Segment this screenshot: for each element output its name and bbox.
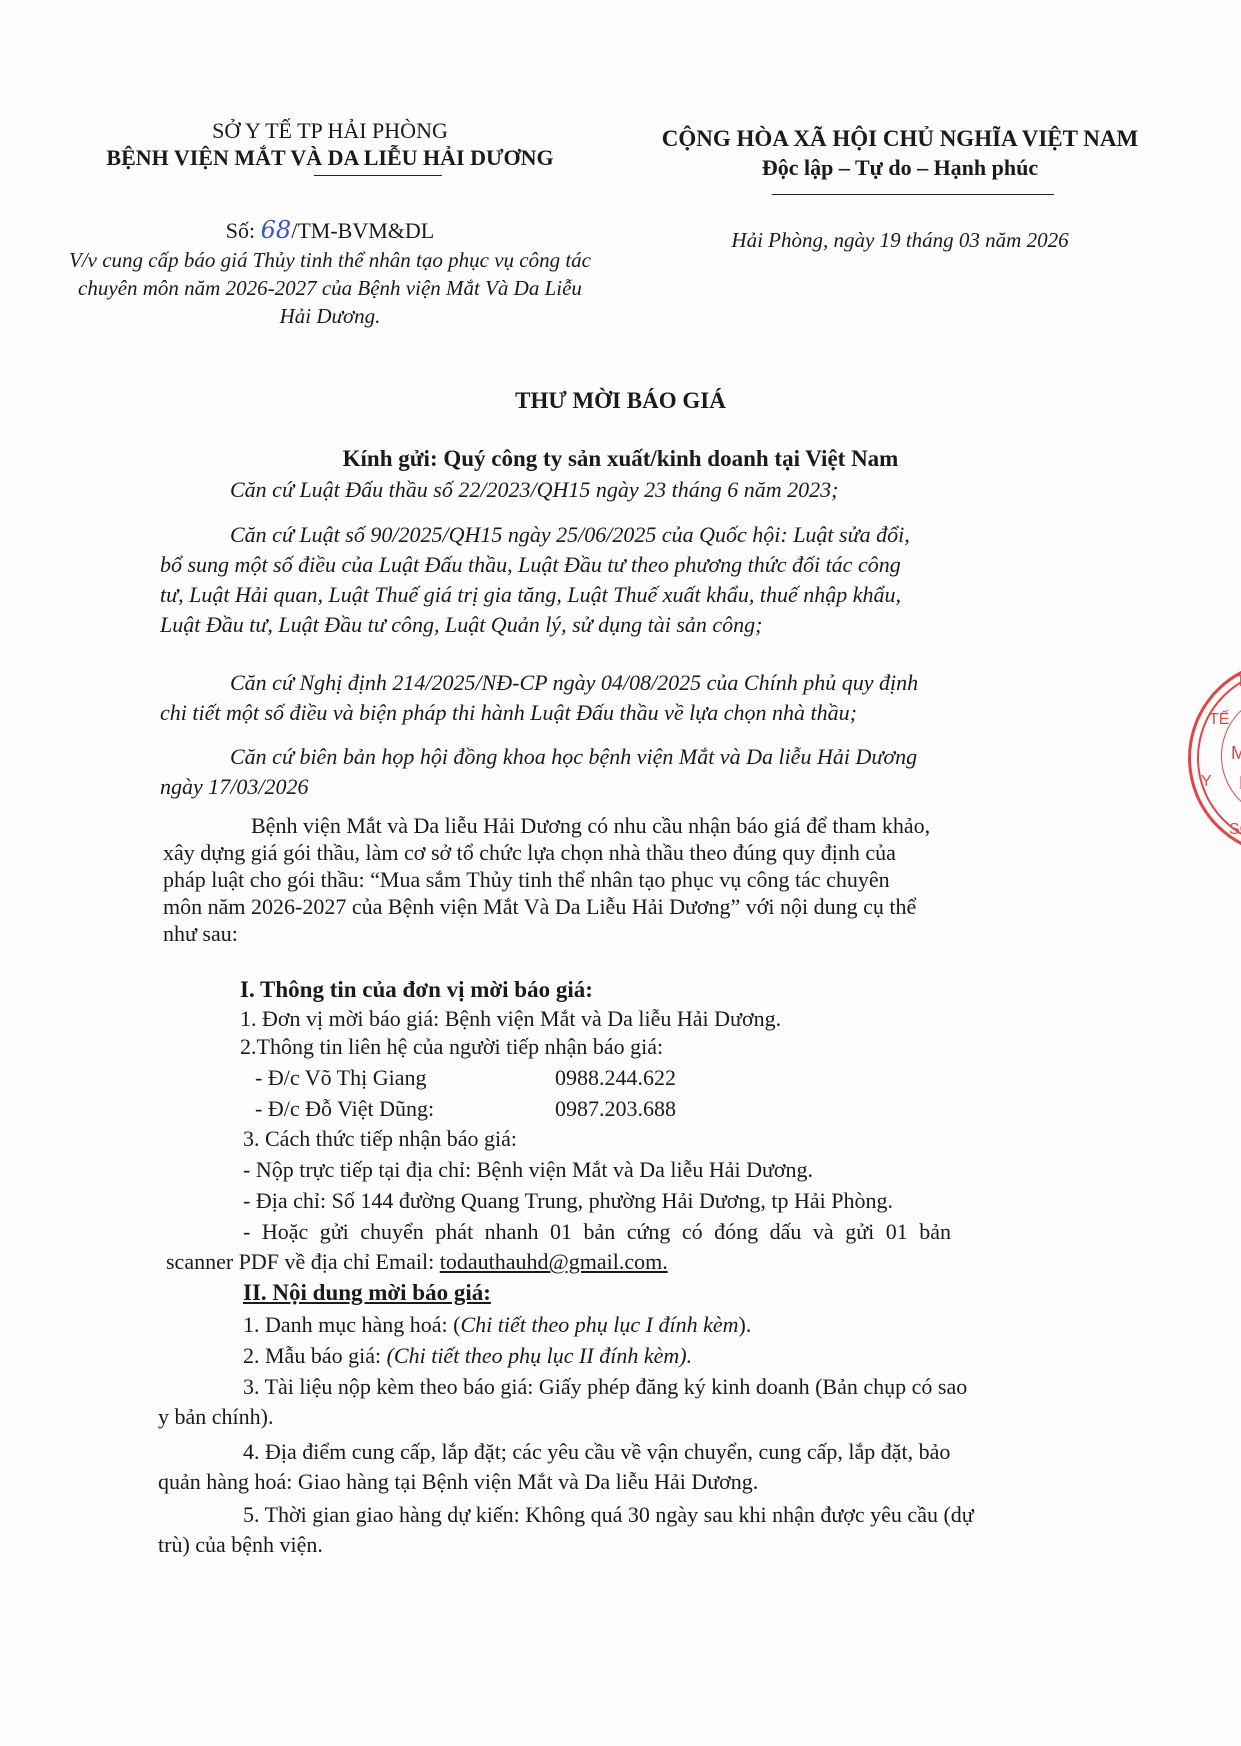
country-name: CỘNG HÒA XÃ HỘI CHỦ NGHĨA VIỆT NAM xyxy=(620,124,1180,154)
legal-basis-line: Luật Đầu tư, Luật Đầu tư công, Luật Quản… xyxy=(160,610,1100,640)
place-date: Hải Phòng, ngày 19 tháng 03 năm 2026 xyxy=(620,228,1180,253)
email-link[interactable]: todauthauhd@gmail.com. xyxy=(440,1249,668,1274)
item-line: trù) của bệnh viện. xyxy=(158,1530,1098,1560)
item-text: ). xyxy=(739,1312,752,1337)
handwritten-number: 68 xyxy=(261,216,292,244)
email-label: scanner PDF về địa chỉ Email: xyxy=(166,1249,440,1274)
legal-basis-line: chi tiết một số điều và biện pháp thi hà… xyxy=(160,698,1100,728)
section-1-item-3a: - Nộp trực tiếp tại địa chỉ: Bệnh viện M… xyxy=(243,1155,813,1185)
hospital-name: BỆNH VIỆN MẮT VÀ DA LIỄU HẢI DƯƠNG xyxy=(60,144,600,172)
contact-name: - Đ/c Võ Thị Giang xyxy=(255,1065,427,1090)
item-line: 3. Tài liệu nộp kèm theo báo giá: Giấy p… xyxy=(158,1372,1098,1402)
document-number: Số: 68/TM-BVM&DL xyxy=(60,216,600,244)
intro-line: môn năm 2026-2027 của Bệnh viện Mắt Và D… xyxy=(163,893,1103,920)
seal-text: THÀ xyxy=(1236,673,1241,691)
legal-basis-line: Căn cứ biên bản họp hội đồng khoa học bệ… xyxy=(160,742,1100,772)
contact-phone: 0987.203.688 xyxy=(555,1094,676,1124)
item-line: quản hàng hoá: Giao hàng tại Bệnh viện M… xyxy=(158,1467,1098,1497)
legal-basis-1: Căn cứ Luật Đấu thầu số 22/2023/QH15 ngà… xyxy=(230,475,1170,505)
item-italic: (Chi tiết theo phụ lục II đính kèm). xyxy=(387,1343,692,1368)
section-1-item-3b: - Địa chỉ: Số 144 đường Quang Trung, phư… xyxy=(243,1186,893,1216)
section-1-item-2: 2.Thông tin liên hệ của người tiếp nhận … xyxy=(240,1032,663,1062)
document-subject: V/v cung cấp báo giá Thủy tinh thể nhân … xyxy=(60,246,600,330)
intro-line: như sau: xyxy=(163,920,1103,947)
item-text: 1. Danh mục hàng hoá: ( xyxy=(243,1312,461,1337)
seal-text: MẮT xyxy=(1231,743,1241,764)
item-line: 5. Thời gian giao hàng dự kiến: Không qu… xyxy=(158,1500,1098,1530)
intro-line: Bệnh viện Mắt và Da liễu Hải Dương có nh… xyxy=(163,812,1103,839)
legal-basis-line: Căn cứ Nghị định 214/2025/NĐ-CP ngày 04/… xyxy=(160,668,1100,698)
intro-line: pháp luật cho gói thầu: “Mua sắm Thủy ti… xyxy=(163,866,1103,893)
national-motto: Độc lập – Tự do – Hạnh phúc xyxy=(620,154,1180,182)
legal-basis-4: Căn cứ biên bản họp hội đồng khoa học bệ… xyxy=(160,742,1100,802)
item-text: 2. Mẫu báo giá: xyxy=(243,1343,387,1368)
section-2-item-4: 4. Địa điểm cung cấp, lắp đặt; các yêu c… xyxy=(158,1437,1098,1497)
legal-basis-line: ngày 17/03/2026 xyxy=(160,772,1100,802)
legal-basis-line: Căn cứ Luật số 90/2025/QH15 ngày 25/06/2… xyxy=(160,520,1100,550)
seal-text: TẾ xyxy=(1209,711,1229,729)
email-line: scanner PDF về địa chỉ Email: todauthauh… xyxy=(166,1247,668,1277)
seal-text: SỞ xyxy=(1229,821,1241,839)
recipient: Kính gửi: Quý công ty sản xuất/kinh doan… xyxy=(0,446,1241,472)
document-title: THƯ MỜI BÁO GIÁ xyxy=(0,388,1241,414)
section-2-item-2: 2. Mẫu báo giá: (Chi tiết theo phụ lục I… xyxy=(243,1341,692,1371)
contact-row: - Đ/c Đỗ Việt Dũng: 0987.203.688 xyxy=(255,1094,755,1124)
intro-paragraph: Bệnh viện Mắt và Da liễu Hải Dương có nh… xyxy=(163,812,1103,947)
section-2-heading: II. Nội dung mời báo giá: xyxy=(243,1278,491,1308)
national-header: CỘNG HÒA XÃ HỘI CHỦ NGHĨA VIỆT NAM Độc l… xyxy=(620,124,1180,182)
legal-basis-line: tư, Luật Hải quan, Luật Thuế giá trị gia… xyxy=(160,580,1100,610)
section-1-heading: I. Thông tin của đơn vị mời báo giá: xyxy=(240,975,593,1005)
number-suffix: /TM-BVM&DL xyxy=(291,218,434,243)
intro-line: xây dựng giá gói thầu, làm cơ sở tổ chức… xyxy=(163,839,1103,866)
section-2-item-5: 5. Thời gian giao hàng dự kiến: Không qu… xyxy=(158,1500,1098,1560)
issuer-header: SỞ Y TẾ TP HẢI PHÒNG BỆNH VIỆN MẮT VÀ DA… xyxy=(60,118,600,172)
section-2-item-1: 1. Danh mục hàng hoá: (Chi tiết theo phụ… xyxy=(243,1310,751,1340)
header-divider xyxy=(314,175,442,176)
seal-text: Y xyxy=(1201,773,1212,791)
legal-basis-3: Căn cứ Nghị định 214/2025/NĐ-CP ngày 04/… xyxy=(160,668,1100,728)
contact-row: - Đ/c Võ Thị Giang 0988.244.622 xyxy=(255,1063,755,1093)
agency-name: SỞ Y TẾ TP HẢI PHÒNG xyxy=(60,118,600,144)
item-line: y bản chính). xyxy=(158,1402,1098,1432)
legal-basis-2: Căn cứ Luật số 90/2025/QH15 ngày 25/06/2… xyxy=(160,520,1100,640)
number-prefix: Số: xyxy=(226,218,261,243)
section-1-item-3c: - Hoặc gửi chuyển phát nhanh 01 bản cứng… xyxy=(243,1217,951,1247)
legal-basis-line: Căn cứ Luật Đấu thầu số 22/2023/QH15 ngà… xyxy=(230,475,1170,505)
item-italic: Chi tiết theo phụ lục I đính kèm xyxy=(461,1312,739,1337)
legal-basis-line: bổ sung một số điều của Luật Đấu thầu, L… xyxy=(160,550,1100,580)
section-1-item-1: 1. Đơn vị mời báo giá: Bệnh viện Mắt và … xyxy=(240,1004,781,1034)
contact-name: - Đ/c Đỗ Việt Dũng: xyxy=(255,1096,434,1121)
contact-phone: 0988.244.622 xyxy=(555,1063,676,1093)
item-line: 4. Địa điểm cung cấp, lắp đặt; các yêu c… xyxy=(158,1437,1098,1467)
motto-divider xyxy=(772,194,1054,195)
section-1-item-3: 3. Cách thức tiếp nhận báo giá: xyxy=(243,1124,517,1154)
official-seal: THÀ BỆ MẮT HẢ TẾ Y SỞ xyxy=(1188,660,1241,856)
section-2-item-3: 3. Tài liệu nộp kèm theo báo giá: Giấy p… xyxy=(158,1372,1098,1432)
